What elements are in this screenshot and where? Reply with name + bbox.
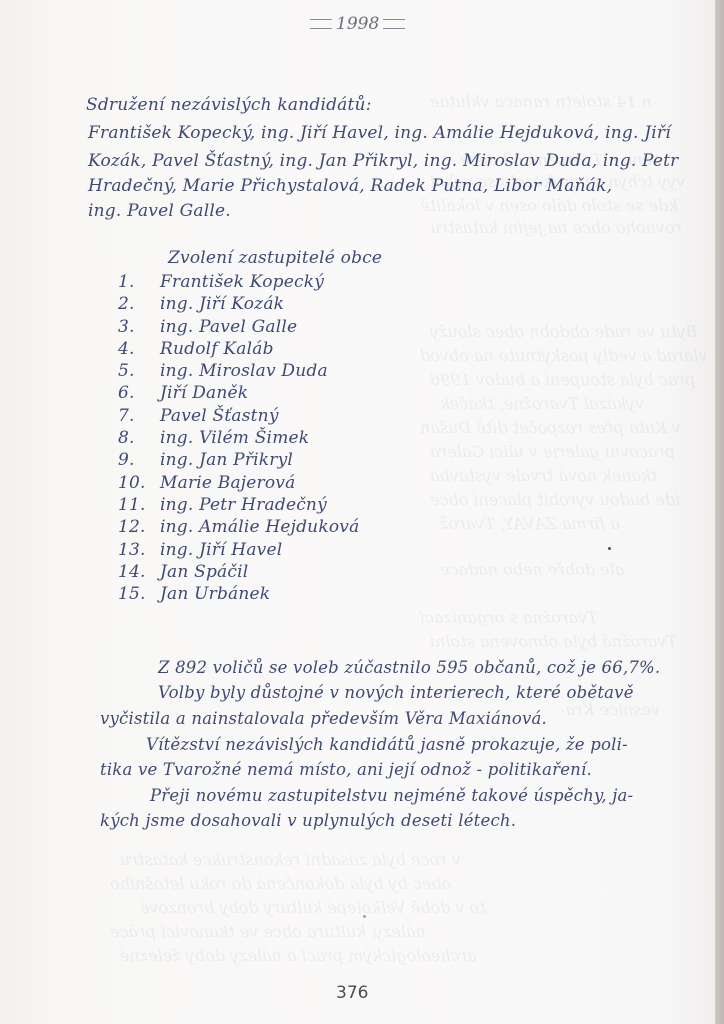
list-item: 3.ing. Pavel Galle [118,317,359,339]
document-page: n 14 stoletn ranaca vklutae ceno a Tvaro… [0,0,716,1024]
list-item: 1.František Kopecký [118,272,359,294]
candidates-line-2: Kozák, Pavel Šťastný, ing. Jan Přikryl, … [88,151,678,171]
list-item-number: 4. [118,339,160,359]
venue-paragraph-line-1: Volby byly důstojné v nových interierech… [158,683,634,702]
year-label: 1998 [336,14,379,34]
list-item-name: Jiří Daněk [160,383,248,403]
candidates-line-1: František Kopecký, ing. Jiří Havel, ing.… [88,123,671,143]
list-item-name: ing. Jiří Kozák [160,294,284,314]
list-item-name: ing. Petr Hradečný [160,495,327,515]
list-item-name: ing. Vilém Šimek [160,428,309,448]
ink-dot [608,547,611,550]
list-item-number: 2. [118,294,160,314]
list-item: 4.Rudolf Kaláb [118,339,359,361]
list-item-name: ing. Jan Přikryl [160,450,293,470]
list-item-number: 11. [118,495,160,515]
list-item: 7.Pavel Šťastný [118,406,359,428]
turnout-paragraph: Z 892 voličů se voleb zúčastnilo 595 obč… [158,658,660,677]
list-item-number: 9. [118,450,160,470]
candidates-line-3: Hradečný, Marie Přichystalová, Radek Put… [88,176,612,196]
list-item-number: 6. [118,383,160,403]
list-item-number: 7. [118,406,160,426]
list-item: 8.ing. Vilém Šimek [118,428,359,450]
victory-paragraph-line-1: Vítězství nezávislých kandidátů jasně pr… [146,735,628,754]
elected-members-list: 1.František Kopecký 2.ing. Jiří Kozák 3.… [118,272,359,606]
list-item-name: ing. Pavel Galle [160,317,297,337]
candidates-line-4: ing. Pavel Galle. [88,201,231,221]
list-item-number: 15. [118,584,160,604]
page-edge [716,0,724,1024]
wish-paragraph-line-2: kých jsme dosahovali v uplynulých deseti… [100,811,516,830]
list-item-number: 5. [118,361,160,381]
decorative-dash-left [310,19,332,29]
list-item-name: ing. Amálie Hejduková [160,517,359,537]
list-item-number: 13. [118,540,160,560]
ink-dot [363,915,366,918]
list-item: 14.Jan Spáčil [118,562,359,584]
list-item-name: ing. Jiří Havel [160,540,282,560]
list-item-number: 12. [118,517,160,537]
list-item-name: Jan Urbánek [160,584,270,604]
decorative-dash-right [383,19,405,29]
list-item-name: Marie Bajerová [160,473,295,493]
list-item: 11.ing. Petr Hradečný [118,495,359,517]
list-item-number: 14. [118,562,160,582]
list-item-name: ing. Miroslav Duda [160,361,328,381]
list-item: 9.ing. Jan Přikryl [118,450,359,472]
elected-heading: Zvolení zastupitelé obce [168,248,382,268]
page-number: 376 [336,983,368,1003]
venue-paragraph-line-2: vyčistila a nainstalovala především Věra… [100,709,547,728]
list-item-name: František Kopecký [160,272,324,292]
year-header: 1998 [310,14,405,34]
list-item: 2.ing. Jiří Kozák [118,294,359,316]
list-item: 15.Jan Urbánek [118,584,359,606]
wish-paragraph-line-1: Přeji novému zastupitelstvu nejméně tako… [150,786,633,805]
list-item-name: Jan Spáčil [160,562,248,582]
list-item-number: 8. [118,428,160,448]
list-item-name: Rudolf Kaláb [160,339,274,359]
list-item-number: 1. [118,272,160,292]
list-item: 5.ing. Miroslav Duda [118,361,359,383]
candidates-heading: Sdružení nezávislých kandidátů: [86,95,372,115]
list-item: 13.ing. Jiří Havel [118,540,359,562]
list-item: 12.ing. Amálie Hejduková [118,517,359,539]
list-item: 6.Jiří Daněk [118,383,359,405]
list-item-number: 10. [118,473,160,493]
list-item-number: 3. [118,317,160,337]
victory-paragraph-line-2: tika ve Tvarožné nemá místo, ani její od… [100,760,592,779]
list-item-name: Pavel Šťastný [160,406,279,426]
list-item: 10.Marie Bajerová [118,473,359,495]
